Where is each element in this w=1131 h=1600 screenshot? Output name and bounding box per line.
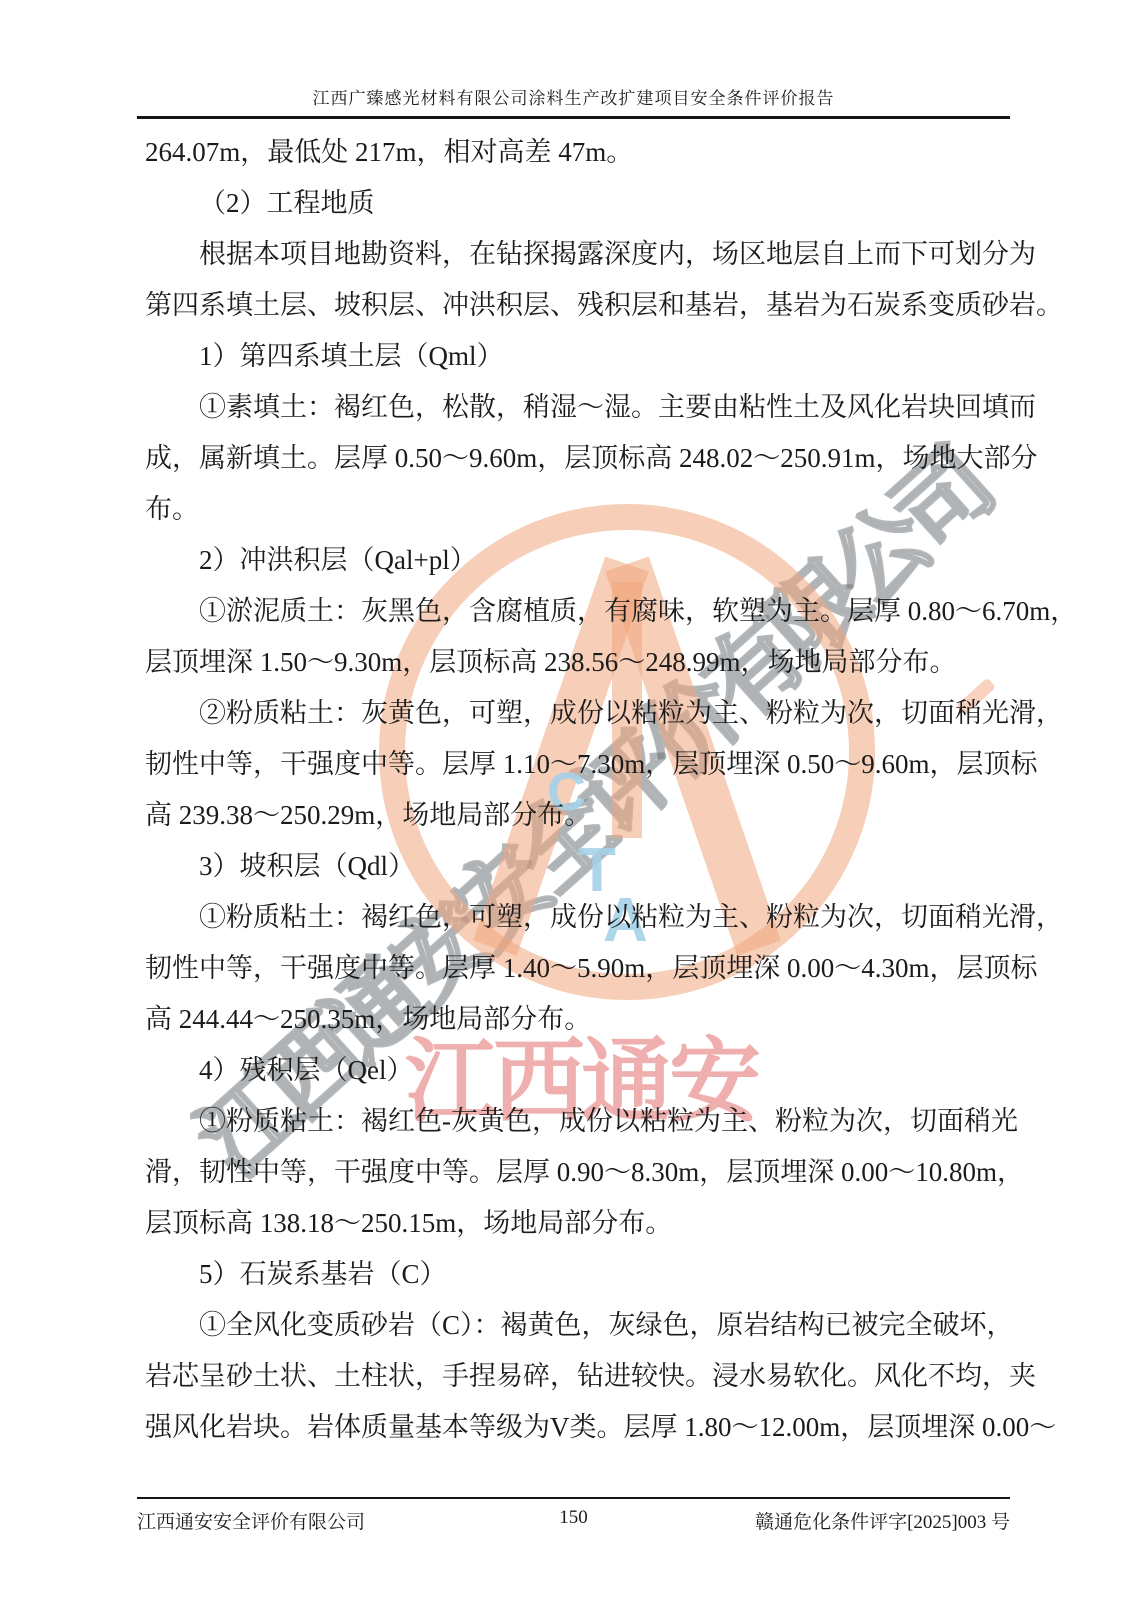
body-line: ②粉质粘土：灰黄色，可塑，成份以粘粒为主、粉粒为次，切面稍光滑，: [145, 688, 1010, 739]
body-line: ①全风化变质砂岩（C）：褐黄色，灰绿色，原岩结构已被完全破坏，: [145, 1300, 1010, 1351]
body-line: 2）冲洪积层（Qal+pl）: [145, 535, 1010, 586]
body-line: 韧性中等，干强度中等。层厚 1.40～5.90m，层顶埋深 0.00～4.30m…: [145, 943, 1010, 994]
body-line: 第四系填土层、坡积层、冲洪积层、残积层和基岩，基岩为石炭系变质砂岩。: [145, 280, 1010, 331]
body-line: 3）坡积层（Qdl）: [145, 841, 1010, 892]
body-line: ①粉质粘土：褐红色-灰黄色，成份以粘粒为主、粉粒为次，切面稍光: [145, 1096, 1010, 1147]
body-line: ①淤泥质土：灰黑色，含腐植质，有腐味，软塑为主。层厚 0.80～6.70m，: [145, 586, 1010, 637]
body-line: 层顶标高 138.18～250.15m，场地局部分布。: [145, 1198, 1010, 1249]
body-line: 成，属新填土。层厚 0.50～9.60m，层顶标高 248.02～250.91m…: [145, 433, 1010, 484]
body-line: 滑，韧性中等，干强度中等。层厚 0.90～8.30m，层顶埋深 0.00～10.…: [145, 1147, 1010, 1198]
report-page: 江西通安安全评价有限公司 C T A 江西通安 江西广臻感光材料有限公司涂料生产…: [0, 0, 1131, 1600]
body-line: 韧性中等，干强度中等。层厚 1.10～7.30m，层顶埋深 0.50～9.60m…: [145, 739, 1010, 790]
body-line: （2）工程地质: [145, 178, 1010, 229]
body-line: ①素填土：褐红色，松散，稍湿～湿。主要由粘性土及风化岩块回填而: [145, 382, 1010, 433]
document-body: 264.07m，最低处 217m，相对高差 47m。（2）工程地质根据本项目地勘…: [145, 127, 1010, 1453]
page-footer: 江西通安安全评价有限公司 150 赣通危化条件评字[2025]003 号: [137, 1497, 1010, 1507]
document-content: 江西广臻感光材料有限公司涂料生产改扩建项目安全条件评价报告 264.07m，最低…: [0, 0, 1131, 1600]
body-line: 1）第四系填土层（Qml）: [145, 331, 1010, 382]
body-line: ①粉质粘土：褐红色，可塑，成份以粘粒为主、粉粒为次，切面稍光滑，: [145, 892, 1010, 943]
body-line: 高 244.44～250.35m，场地局部分布。: [145, 994, 1010, 1045]
page-header-title: 江西广臻感光材料有限公司涂料生产改扩建项目安全条件评价报告: [137, 84, 1010, 119]
body-line: 岩芯呈砂土状、土柱状，手捏易碎，钻进较快。浸水易软化。风化不均，夹: [145, 1351, 1010, 1402]
body-line: 强风化岩块。岩体质量基本等级为V类。层厚 1.80～12.00m，层顶埋深 0.…: [145, 1402, 1010, 1453]
body-line: 布。: [145, 484, 1010, 535]
body-line: 4）残积层（Qel）: [145, 1045, 1010, 1096]
body-line: 264.07m，最低处 217m，相对高差 47m。: [145, 127, 1010, 178]
body-line: 层顶埋深 1.50～9.30m，层顶标高 238.56～248.99m，场地局部…: [145, 637, 1010, 688]
body-line: 根据本项目地勘资料，在钻探揭露深度内，场区地层自上而下可划分为: [145, 229, 1010, 280]
footer-doc-number: 赣通危化条件评字[2025]003 号: [755, 1507, 1010, 1534]
body-line: 5）石炭系基岩（C）: [145, 1249, 1010, 1300]
body-line: 高 239.38～250.29m，场地局部分布。: [145, 790, 1010, 841]
